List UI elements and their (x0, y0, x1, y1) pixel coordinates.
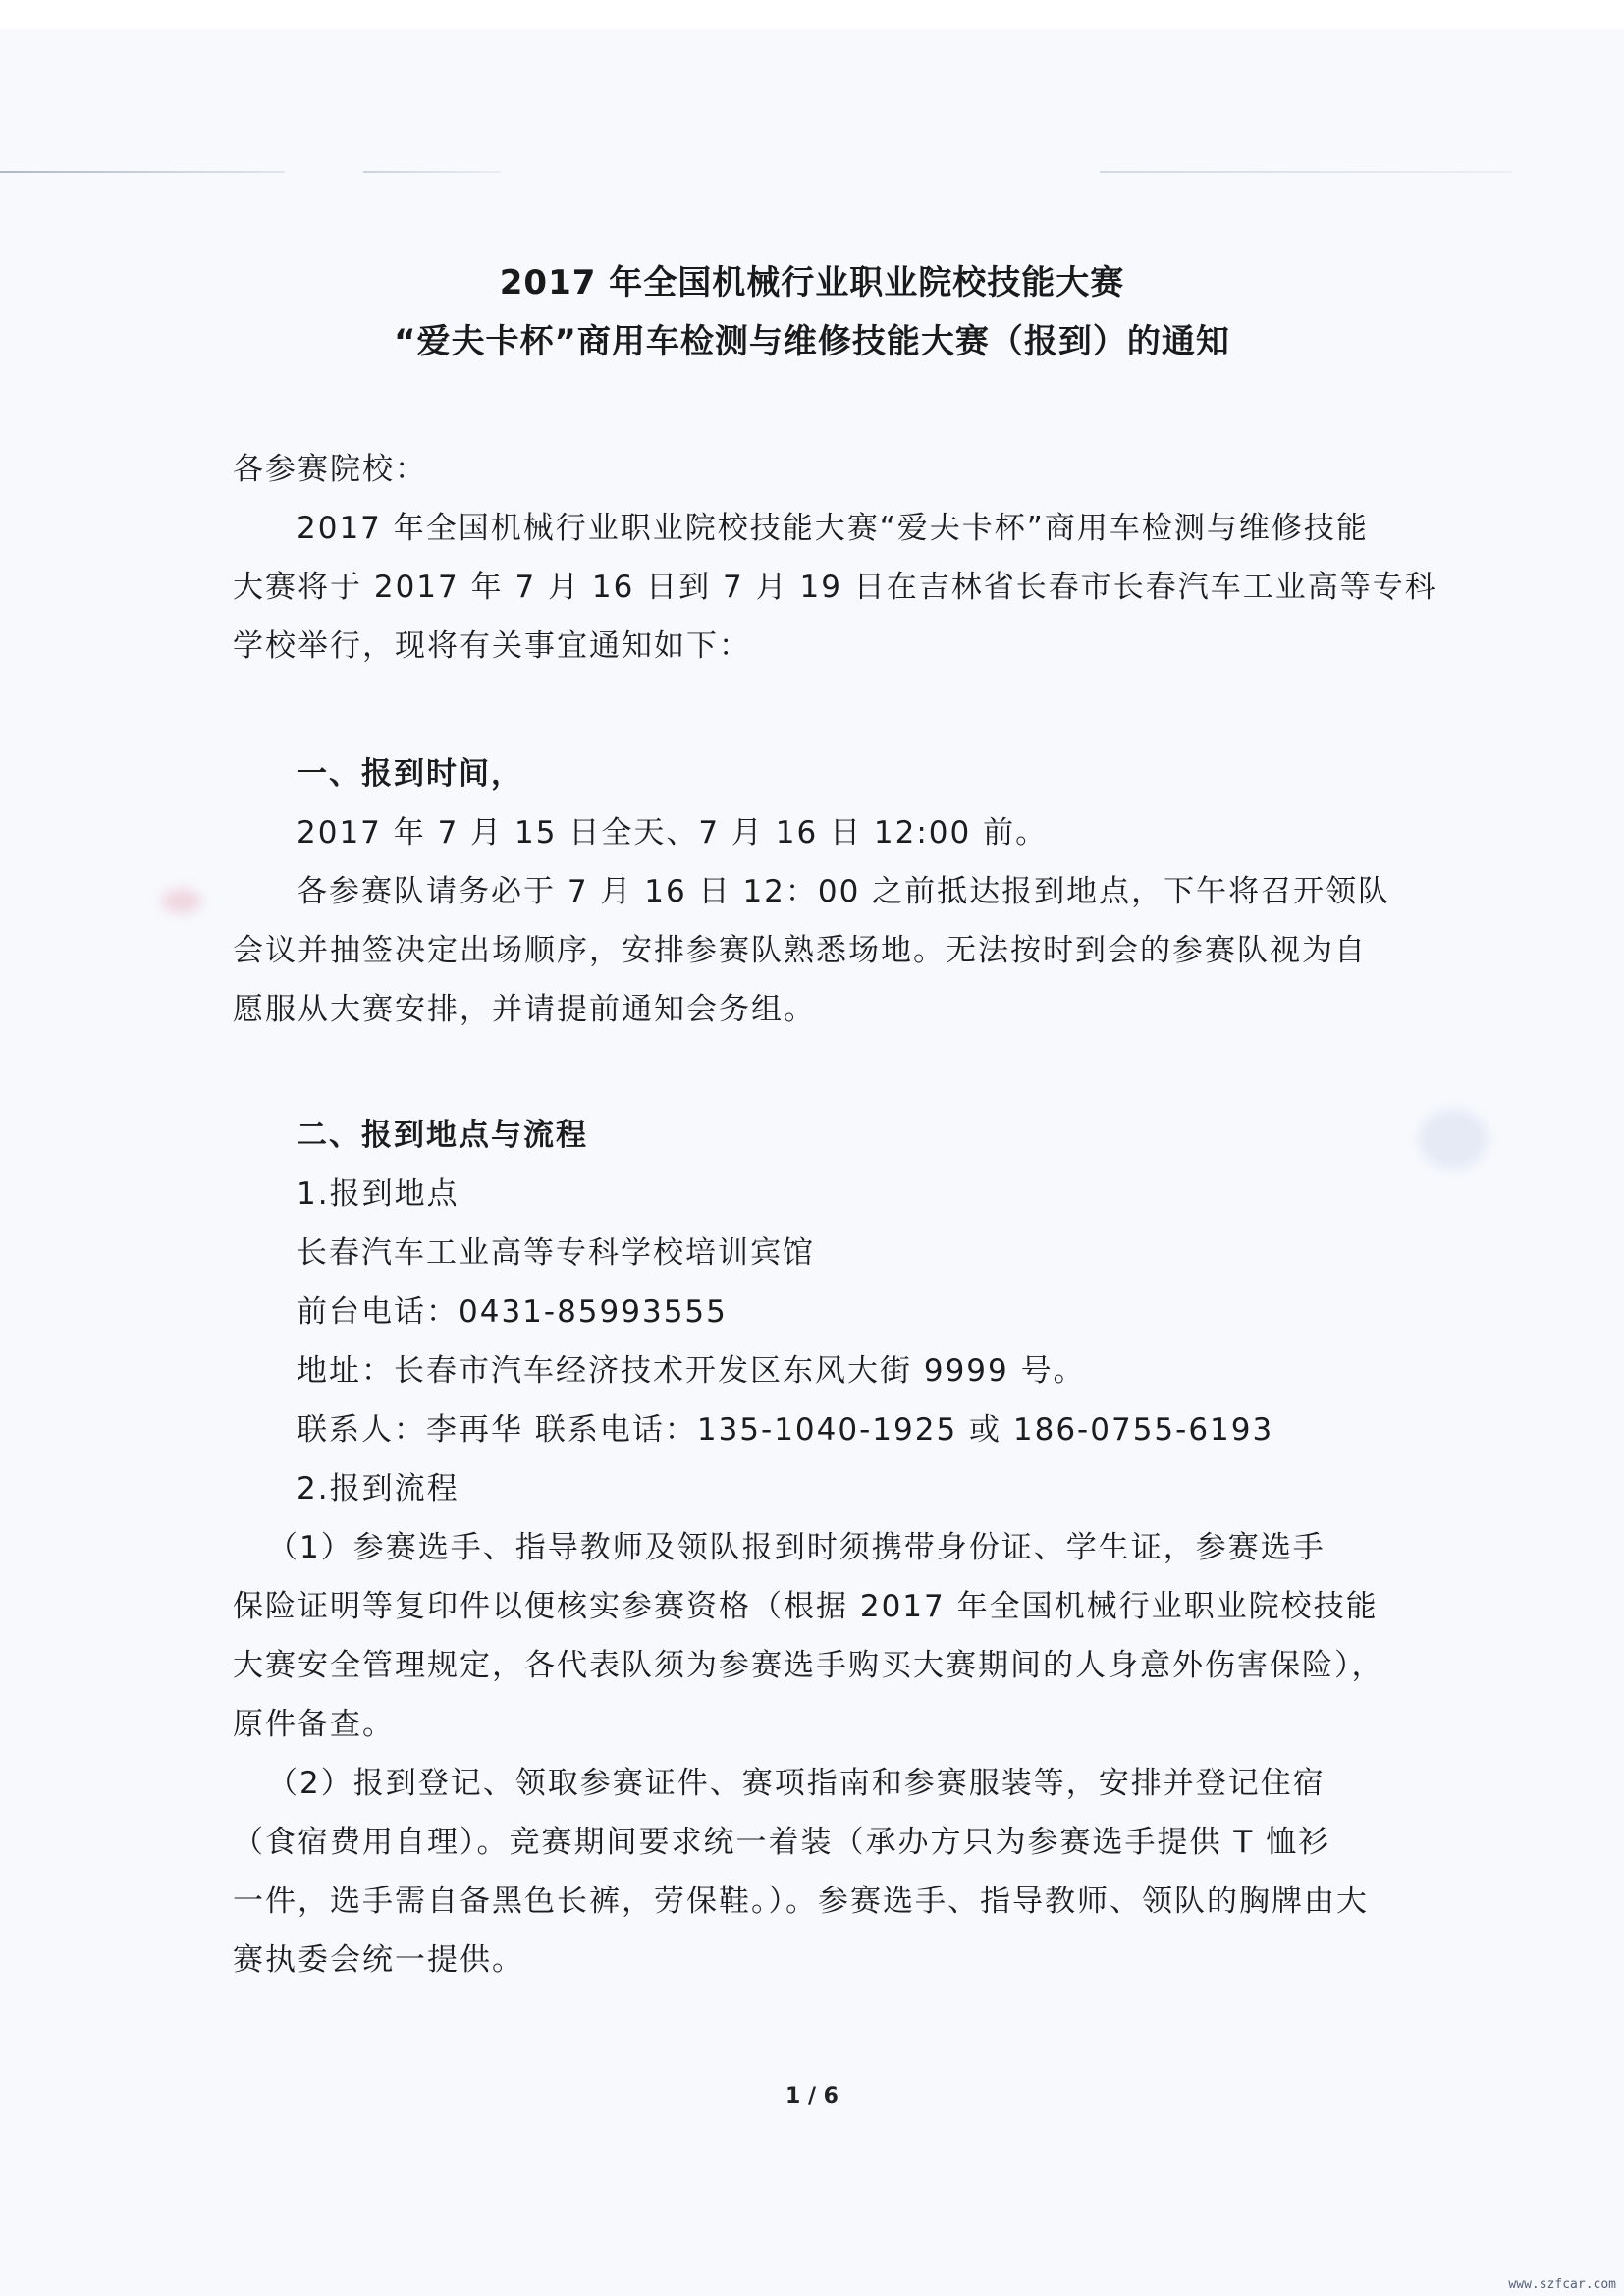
section2-heading: 二、报到地点与流程 (297, 1116, 588, 1155)
step2-line-3: 一件，选手需自备黑色长裤，劳保鞋。）。参赛选手、指导教师、领队的胸牌由大 (233, 1882, 1369, 1921)
document-title-line1: 2017 年全国机械行业职业院校技能大赛 (0, 263, 1624, 302)
section2-sub1-heading: 1.报到地点 (297, 1175, 460, 1214)
step1-line-4: 原件备查。 (233, 1705, 395, 1744)
document-title-line2: “爱夫卡杯”商用车检测与维修技能大赛（报到）的通知 (0, 322, 1624, 361)
intro-line-2: 大赛将于 2017 年 7 月 16 日到 7 月 19 日在吉林省长春市长春汽… (233, 568, 1437, 607)
site-watermark: www.szfcar.com (1508, 2277, 1616, 2292)
document-page: 2017 年全国机械行业职业院校技能大赛 “爱夫卡杯”商用车检测与维修技能大赛（… (0, 0, 1624, 2296)
section1-notice-line-3: 愿服从大赛安排，并请提前通知会务组。 (233, 990, 816, 1029)
step1-line-3: 大赛安全管理规定，各代表队须为参赛选手购买大赛期间的人身意外伤害保险）， (233, 1646, 1384, 1685)
section1-time: 2017 年 7 月 15 日全天、7 月 16 日 12:00 前。 (297, 813, 1048, 852)
step2-line-1: （2）报到登记、领取参赛证件、赛项指南和参赛服装等，安排并登记住宿 (267, 1764, 1326, 1803)
venue-address: 地址：长春市汽车经济技术开发区东风大街 9999 号。 (297, 1351, 1086, 1391)
step2-line-4: 赛执委会统一提供。 (233, 1941, 524, 1980)
salutation: 各参赛院校： (233, 450, 427, 489)
section2-sub2-heading: 2.报到流程 (297, 1469, 460, 1508)
step2-line-2: （食宿费用自理）。竞赛期间要求统一着装（承办方只为参赛选手提供 T 恤衫 (233, 1823, 1330, 1862)
intro-line-3: 学校举行，现将有关事宜通知如下： (233, 627, 751, 666)
contact-info: 联系人：李再华 联系电话：135-1040-1925 或 186-0755-61… (297, 1410, 1273, 1449)
section1-heading: 一、报到时间， (297, 754, 523, 793)
intro-line-1: 2017 年全国机械行业职业院校技能大赛“爱夫卡杯”商用车检测与维修技能 (297, 509, 1369, 548)
venue-name: 长春汽车工业高等专科学校培训宾馆 (297, 1233, 815, 1273)
section1-notice-line-1: 各参赛队请务必于 7 月 16 日 12：00 之前抵达报到地点，下午将召开领队 (297, 872, 1390, 911)
front-desk-phone: 前台电话：0431-85993555 (297, 1292, 728, 1332)
step1-line-1: （1）参赛选手、指导教师及领队报到时须携带身份证、学生证，参赛选手 (267, 1528, 1326, 1567)
page-number: 1 / 6 (0, 2084, 1624, 2108)
section1-notice-line-2: 会议并抽签决定出场顺序，安排参赛队熟悉场地。无法按时到会的参赛队视为自 (233, 931, 1367, 970)
step1-line-2: 保险证明等复印件以便核实参赛资格（根据 2017 年全国机械行业职业院校技能 (233, 1587, 1379, 1626)
